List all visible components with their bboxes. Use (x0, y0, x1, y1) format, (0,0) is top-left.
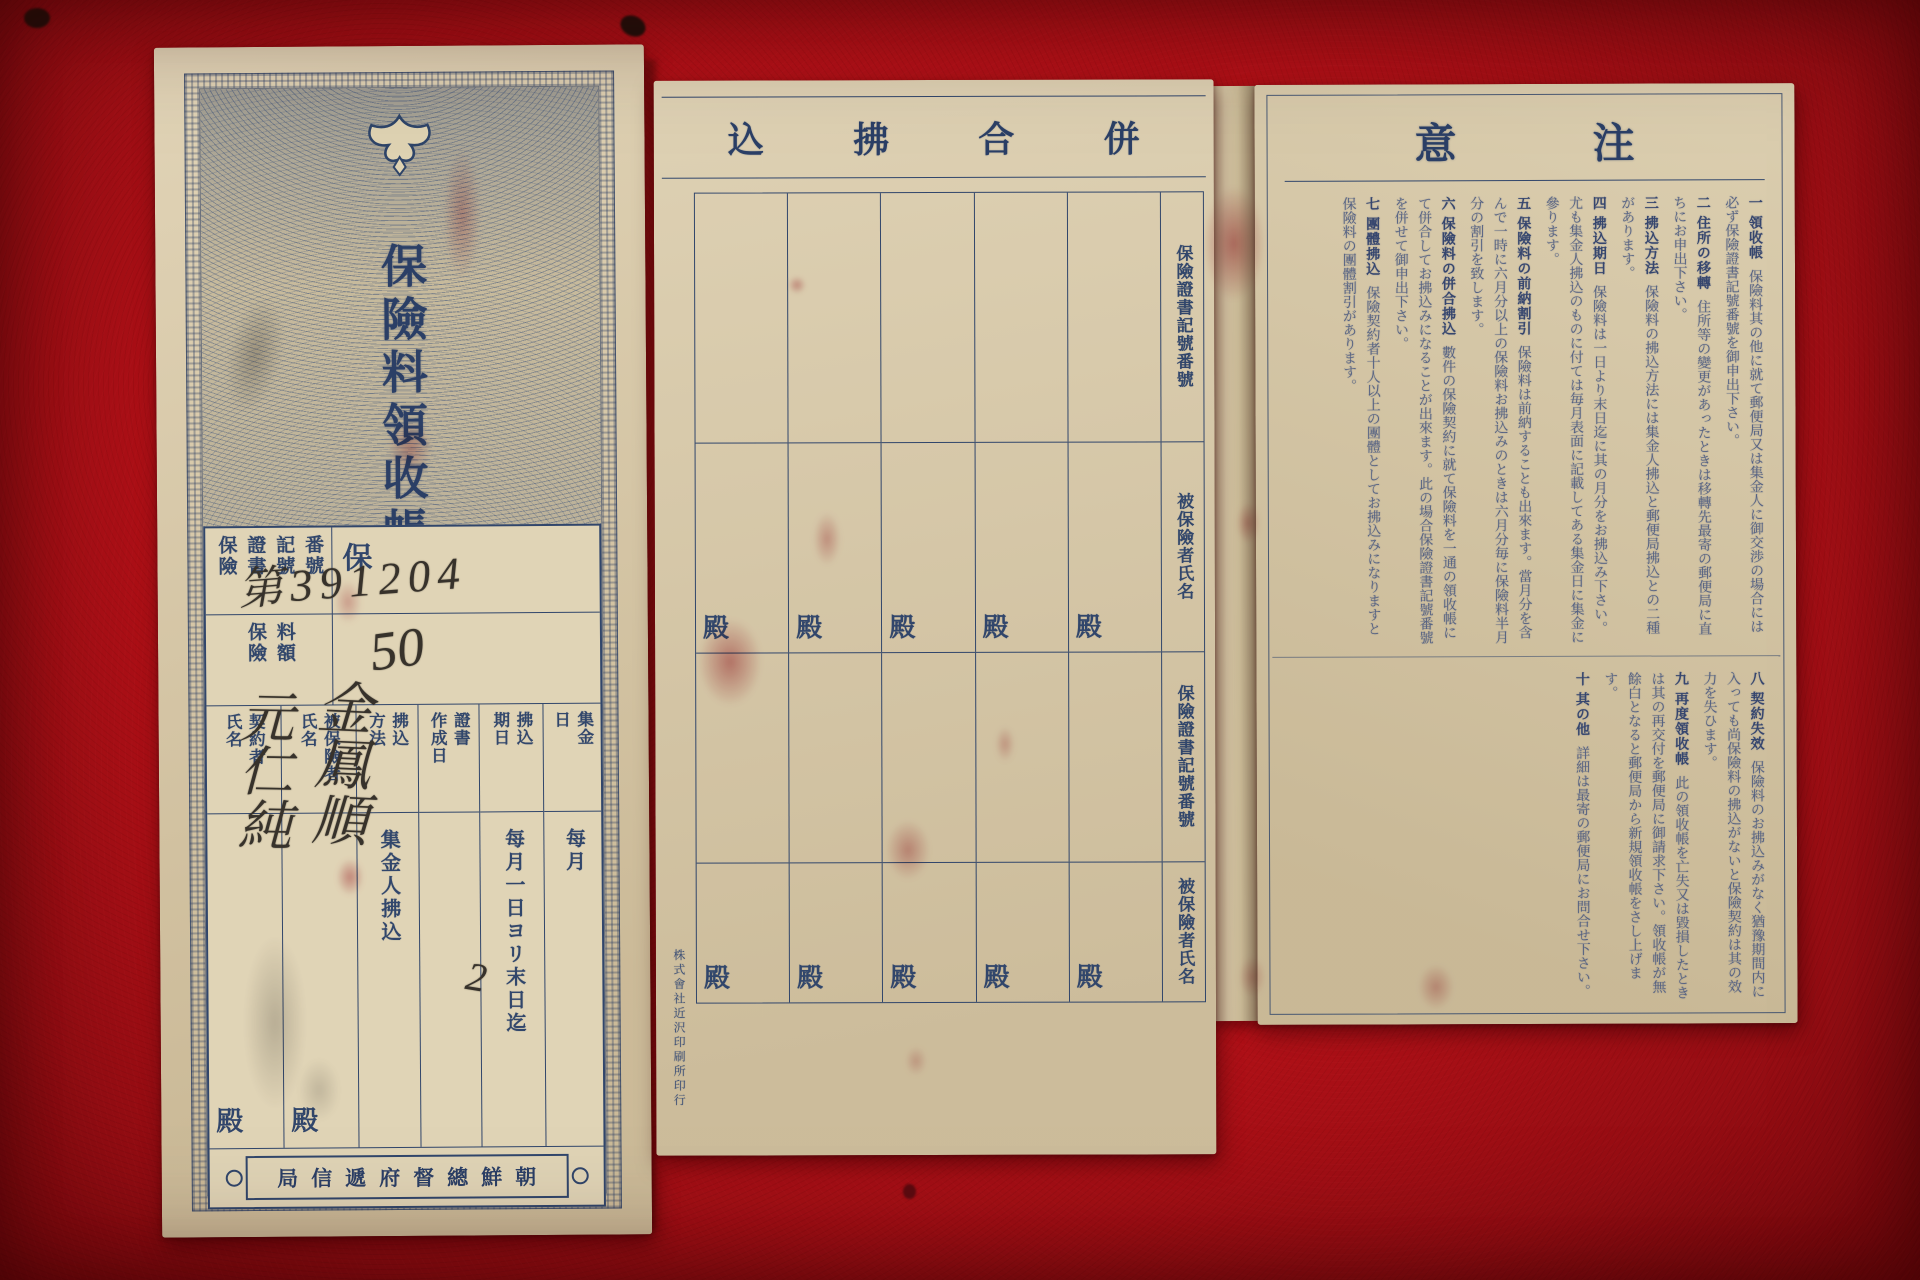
item-title: 拂込期日 (1591, 216, 1606, 276)
record-cell (695, 193, 788, 442)
column-header-word: 日 (551, 711, 570, 811)
item-number: 四 (1591, 196, 1606, 210)
item-number: 五 (1515, 196, 1530, 210)
column-header-word: 拂込 (514, 711, 533, 811)
item-title: 保險料の前納割引 (1515, 216, 1530, 336)
record-cell: 殿 (1068, 862, 1162, 1002)
label-text: 保險證書記號番號 (1173, 245, 1192, 389)
item-number: 七 (1364, 197, 1379, 211)
notice-item: 三拂込方法保險料の拂込方法には集金人拂込と郵便局拂込との二種があります。 (1615, 196, 1664, 644)
item-number: 六 (1440, 196, 1455, 210)
honorific: 殿 (889, 607, 915, 644)
item-title: 拂込方法 (1643, 216, 1658, 276)
label-text: 被保險者氏名 (1173, 493, 1192, 601)
agency-char: 信 (311, 1163, 332, 1193)
agency-char: 總 (447, 1162, 468, 1192)
agency-banner: 朝 鮮 總 督 府 遞 信 局 (245, 1154, 568, 1200)
column-header-word: 集金 (575, 711, 594, 811)
notice-items-upper: 一領收帳保險料其の他に就て郵便局又は集金人に御交渉の場合には必ず保險證書記號番號… (1277, 195, 1773, 645)
notice-items-lower: 八契約失效保險料のお拂込みがなく猶豫期間内に入っても尚保險料の拂込がないと保險契… (1278, 671, 1773, 1001)
column-body: 殿 (207, 814, 283, 1149)
column-header-word: 作成日 (428, 712, 447, 812)
label-word: 保險 (214, 535, 235, 577)
column-header-word: 證書 (451, 712, 470, 812)
record-cell: 殿 (696, 443, 789, 652)
honorific: 殿 (983, 607, 1009, 644)
honorific: 殿 (890, 957, 916, 994)
header-char: 意 (1414, 111, 1456, 171)
notice-item: 一領收帳保險料其の他に就て郵便局又は集金人に御交渉の場合には必ず保險證書記號番號… (1719, 195, 1768, 643)
cert-number-section: 保險證書記號番號 (695, 192, 1204, 442)
item-number: 二 (1695, 195, 1710, 209)
item-body: 保險料其の他に就て郵便局又は集金人に御交渉の場合には必ず保險證書記號番號を御申出… (1723, 195, 1763, 633)
item-title: 契約失效 (1748, 691, 1763, 751)
record-cell: 殿 (789, 863, 883, 1003)
label-word: 料額 (273, 622, 294, 664)
payment-due-column: 拂込 期日 每月一日ヨリ末日迄 (479, 704, 546, 1146)
record-cell (1067, 192, 1161, 441)
column-header: 拂込 期日 (480, 704, 543, 812)
cert-number-section: 保險證書記號番號 (696, 651, 1205, 862)
agency-char: 遞 (345, 1162, 366, 1192)
honorific: 殿 (291, 1099, 318, 1138)
record-cell (787, 193, 881, 442)
agency-char: 鮮 (481, 1161, 502, 1191)
item-title: 住所の移轉 (1695, 215, 1710, 290)
notice-item: 七團體拂込保險契約者十人以上の團體としてお拂込みになりますと保險料の團體割引があ… (1336, 196, 1385, 644)
honorific: 殿 (703, 607, 729, 644)
record-cell: 殿 (975, 862, 1069, 1002)
banner-ornament-icon (225, 1170, 242, 1187)
item-title: 團體拂込 (1364, 217, 1379, 277)
record-cell (1068, 652, 1162, 861)
column-header: 集金 日 (544, 704, 602, 812)
agency-char: 局 (277, 1163, 298, 1193)
agency-char: 朝 (515, 1161, 536, 1191)
record-cell: 殿 (882, 863, 976, 1003)
item-number: 三 (1643, 196, 1658, 210)
agency-char: 督 (413, 1162, 434, 1192)
notice-item: 十其の他詳細は最寄の郵便局にお問合せ下さい。 (1569, 672, 1594, 1000)
notice-item: 四拂込期日保險料は一日より末日迄に其の月分をお拂込み下さい。尤も集金人拂込のもの… (1539, 196, 1611, 644)
column-value: 每月一日ヨリ末日迄 (501, 828, 526, 1146)
photo-scene: 保險料領收帳 保險 證書 記號 番號 保 保險 料額 (0, 0, 1920, 1280)
column-body: 殿 (282, 813, 358, 1148)
honorific: 殿 (796, 607, 822, 644)
record-cell: 殿 (1067, 442, 1161, 651)
record-cell (973, 193, 1067, 442)
banner-ornament-icon (571, 1167, 588, 1184)
cert-number-label: 保險證書記號番號 (1160, 192, 1204, 441)
column-header-word: 拂込 (389, 712, 408, 812)
notice-panel: 注 意 一領收帳保險料其の他に就て郵便局又は集金人に御交渉の場合には必ず保險證書… (1254, 83, 1797, 1025)
certificate-date-column: 證書 作成日 (417, 704, 482, 1146)
agency-banner-row: 朝 鮮 總 督 府 遞 信 局 (210, 1147, 604, 1208)
merged-payment-panel: 併 合 拂 込 保險證書記號番號 殿 殿 (654, 79, 1217, 1155)
label-text: 保險證書記號番號 (1174, 685, 1193, 829)
notice-item: 五保險料の前納割引保險料は前納することも出來ます。當月分を含んで一時に六月分以上… (1464, 196, 1536, 644)
insured-name-section: 殿 殿 殿 殿 殿 被保險者氏名 (697, 861, 1205, 1003)
ornament-crest-icon (358, 112, 440, 184)
notice-header: 注 意 (1284, 101, 1764, 182)
record-cell: 殿 (881, 443, 975, 652)
record-cell (696, 653, 789, 862)
item-body: 詳細は最寄の郵便局にお問合せ下さい。 (1574, 746, 1590, 998)
header-char: 合 (978, 111, 1014, 162)
record-cell (881, 653, 975, 862)
item-title: 領收帳 (1747, 215, 1762, 260)
notice-item: 二住所の移轉住所等の變更があったときは移轉先最寄の郵便局に直ちにお申出下さい。 (1667, 195, 1716, 643)
notice-item: 八契約失效保險料のお拂込みがなく猶豫期間内に入っても尚保險料の拂込がないと保險契… (1697, 671, 1769, 999)
merged-payment-header: 併 合 拂 込 (662, 95, 1206, 178)
item-title: 保險料の併合拂込 (1440, 216, 1455, 336)
insured-name-section: 殿 殿 殿 殿 殿 被保險者氏名 (696, 441, 1205, 652)
booklet-title: 保險料領收帳 (374, 242, 430, 560)
insured-name-label: 被保險者氏名 (1162, 862, 1205, 1001)
column-body: 集金人拂込 (357, 813, 420, 1147)
item-title: 其の他 (1574, 692, 1589, 737)
record-cell (788, 653, 882, 862)
header-char: 拂 (853, 112, 889, 163)
record-cell: 殿 (788, 443, 882, 652)
collection-day-column: 集金 日 每月 (543, 704, 604, 1146)
agency-char: 府 (379, 1162, 400, 1192)
merged-payment-table: 保險證書記號番號 殿 殿 殿 殿 殿 被保險者氏名 (694, 191, 1206, 1003)
handwritten-premium-amount: 50 (366, 615, 428, 683)
notice-item: 九再度領收帳此の領收帳を亡失又は毀損したときは其の再交付を郵便局に御請求下さい。… (1598, 671, 1693, 999)
item-title: 再度領收帳 (1673, 691, 1688, 766)
column-body: 每月一日ヨリ末日迄 (481, 812, 546, 1146)
honorific: 殿 (216, 1099, 243, 1138)
column-body: 每月 (544, 812, 603, 1146)
header-char: 込 (728, 112, 764, 163)
honorific: 殿 (983, 957, 1009, 994)
item-number: 一 (1747, 195, 1762, 209)
label-word: 保險 (244, 622, 265, 664)
honorific: 殿 (797, 957, 823, 994)
header-char: 注 (1592, 111, 1634, 171)
record-cell: 殿 (697, 863, 790, 1003)
record-cell (880, 193, 974, 442)
column-value: 集金人拂込 (376, 829, 401, 1147)
cert-number-label: 保險證書記號番號 (1161, 652, 1205, 861)
label-text: 被保險者氏名 (1174, 878, 1193, 986)
handwritten-contractor-name: 元仁純 (209, 688, 312, 852)
insured-name-label: 被保險者氏名 (1161, 442, 1205, 651)
notice-item: 六保險料の併合拂込數件の保險契約に就て保險料を一通の領收帳にて併合してお拂込みに… (1388, 196, 1460, 644)
honorific: 殿 (1077, 957, 1103, 994)
printer-imprint: 株式會社近沢印刷所印行 (671, 949, 688, 1109)
item-number: 九 (1673, 671, 1688, 685)
honorific: 殿 (704, 958, 730, 995)
cover-panel: 保險料領收帳 保險 證書 記號 番號 保 保險 料額 (154, 44, 652, 1237)
item-number: 八 (1748, 671, 1763, 685)
header-char: 併 (1104, 111, 1140, 162)
column-value: 每月 (561, 828, 586, 1146)
column-header-word: 期日 (491, 711, 510, 811)
honorific: 殿 (1076, 606, 1102, 643)
item-number: 十 (1574, 672, 1589, 686)
column-header: 證書 作成日 (418, 704, 479, 812)
record-cell: 殿 (974, 442, 1068, 651)
receipt-book-document: 保險料領收帳 保險 證書 記號 番號 保 保險 料額 (0, 0, 1920, 1280)
record-cell (975, 652, 1069, 861)
